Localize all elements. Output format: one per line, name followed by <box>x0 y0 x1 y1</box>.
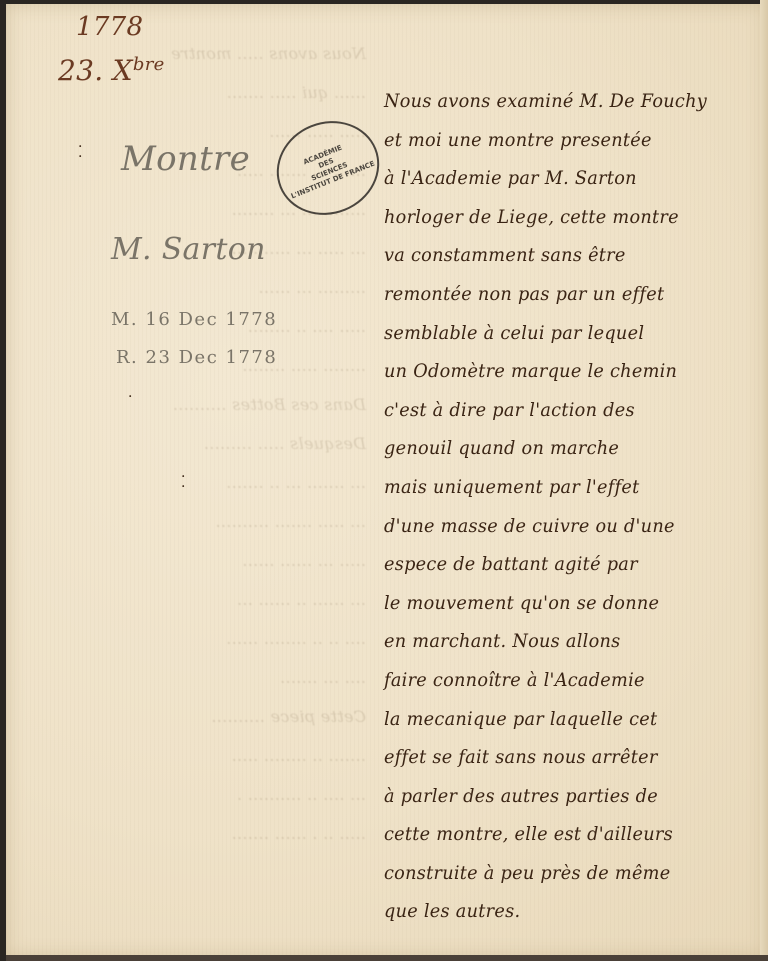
body-line: effet se fait sans nous arrêter <box>384 738 737 777</box>
bleed-line: .... ... ....... <box>36 658 366 697</box>
body-line: d'une masse de cuivre ou d'une <box>384 507 737 546</box>
body-line: horloger de Liege, cette montre <box>384 198 737 237</box>
date-month-superscript: bre <box>133 54 165 75</box>
date-day: 23. <box>58 54 103 87</box>
body-line: cette montre, elle est d'ailleurs <box>384 815 737 854</box>
body-line: construite à peu près de même <box>384 854 737 893</box>
bleed-line: ....... .. ........ ..... <box>36 736 366 775</box>
body-line: remontée non pas par un effet <box>384 275 737 314</box>
margin-subject: Montre <box>121 139 250 179</box>
margin-reported-date: R. 23 Dec 1778 <box>116 347 277 368</box>
bleed-line: .... .. .. ........ ...... <box>36 619 366 658</box>
bleed-line: Desquels ..... ......... <box>36 424 366 463</box>
bleed-line: ... ..... ....... .......... <box>36 502 366 541</box>
bleed-line: ......... ... ...... <box>36 268 366 307</box>
date-day-month: 23. Xbre <box>58 54 165 87</box>
date-month: X <box>113 54 133 87</box>
body-line: va constamment sans être <box>384 236 737 275</box>
body-line: c'est à dire par l'action des <box>384 391 737 430</box>
body-line: faire connoître à l'Academie <box>384 661 737 700</box>
body-line: semblable à celui par lequel <box>384 314 737 353</box>
body-line: genouil quand on marche <box>384 429 737 468</box>
body-line: le mouvement qu'on se donne <box>384 584 737 623</box>
body-line: à l'Academie par M. Sarton <box>384 159 737 198</box>
body-line: en marchant. Nous allons <box>384 622 737 661</box>
bleed-line: ... ....... ... .. ....... <box>36 463 366 502</box>
manuscript-page: Nous avons ..... montre ...... qui .....… <box>6 4 766 957</box>
margin-author: M. Sarton <box>111 232 266 267</box>
body-line: que les autres. <box>384 892 737 931</box>
bleed-line: Dans ces Bottes .......... <box>36 385 366 424</box>
margin-dot-mark: ·· <box>78 142 82 162</box>
body-line: mais uniquement par l'effet <box>384 468 737 507</box>
page-edge-right <box>760 0 768 961</box>
body-line: à parler des autres parties de <box>384 777 737 816</box>
page-edge-bottom <box>6 955 768 961</box>
bleed-line: ..... ... ...... ...... <box>36 541 366 580</box>
margin-dot-mark: ·· <box>181 472 185 492</box>
bleed-line: ... .... .. .......... . <box>36 775 366 814</box>
margin-received-date: M. 16 Dec 1778 <box>111 309 277 330</box>
bleed-line: ..... .. . ...... ....... <box>36 814 366 853</box>
margin-dot-mark: · <box>128 392 132 402</box>
body-line: la mecanique par laquelle cet <box>384 700 737 739</box>
body-line: un Odomètre marque le chemin <box>384 352 737 391</box>
body-line: Nous avons examiné M. De Fouchy <box>384 82 737 121</box>
body-line: et moi une montre presentée <box>384 121 737 160</box>
date-year: 1778 <box>76 12 143 42</box>
report-body: Nous avons examiné M. De Fouchy et moi u… <box>384 82 764 931</box>
bleed-line: Cette piece .......... <box>36 697 366 736</box>
bleed-line: ... ...... .. ...... ... <box>36 580 366 619</box>
body-line: espece de battant agité par <box>384 545 737 584</box>
